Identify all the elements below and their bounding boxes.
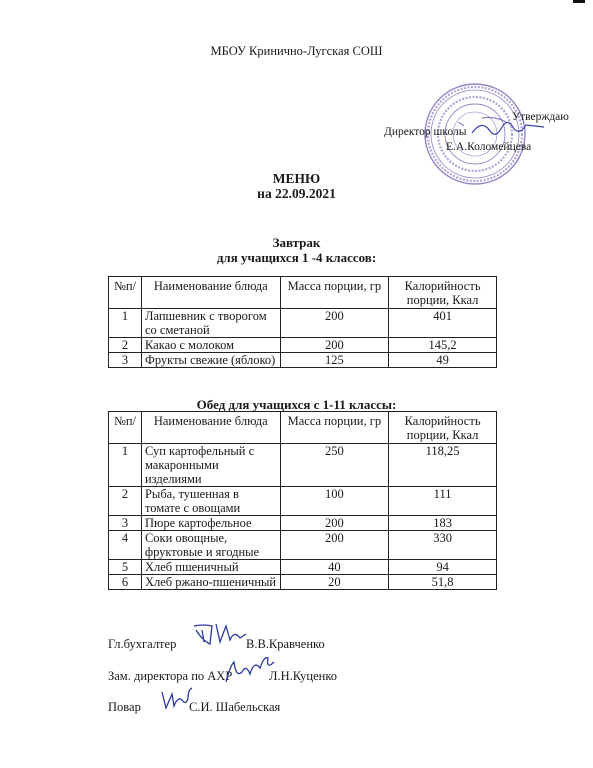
cell-dish: Какао с молоком bbox=[141, 338, 280, 353]
breakfast-subtitle: для учащихся 1 -4 классов: bbox=[0, 250, 593, 265]
cell-kcal: 401 bbox=[389, 309, 497, 338]
cell-mass: 200 bbox=[280, 338, 389, 353]
accountant-signature-icon bbox=[190, 620, 250, 650]
cell-mass: 200 bbox=[280, 531, 389, 560]
school-name: МБОУ Кринично-Лугская СОШ bbox=[0, 44, 593, 59]
signature-line-cook: Повар С.И. Шабельская bbox=[108, 700, 141, 715]
column-header-kcal: Калорийность порции, Ккал bbox=[389, 412, 497, 444]
column-header-dish: Наименование блюда bbox=[141, 277, 280, 309]
signature-name: В.В.Кравченко bbox=[246, 637, 325, 652]
column-header-mass: Масса порции, гр bbox=[280, 277, 389, 309]
cell-number: 4 bbox=[109, 531, 142, 560]
cell-dish: Рыба, тушенная в томате с овощами bbox=[141, 487, 280, 516]
cell-mass: 200 bbox=[280, 309, 389, 338]
table-header-row: №п/ Наименование блюда Масса порции, гр … bbox=[109, 277, 497, 309]
cell-kcal: 111 bbox=[389, 487, 497, 516]
column-header-mass: Масса порции, гр bbox=[280, 412, 389, 444]
cell-kcal: 145,2 bbox=[389, 338, 497, 353]
director-name: Е.А.Коломейцева bbox=[446, 141, 531, 154]
cell-kcal: 330 bbox=[389, 531, 497, 560]
cell-kcal: 94 bbox=[389, 560, 497, 575]
menu-date: на 22.09.2021 bbox=[0, 186, 593, 201]
table-row: 4Соки овощные, фруктовые и ягодные200330 bbox=[109, 531, 497, 560]
signature-role: Зам. директора по АХР bbox=[108, 669, 232, 683]
cell-dish: Соки овощные, фруктовые и ягодные bbox=[141, 531, 280, 560]
breakfast-rows: 1Лапшевник с творогом со сметаной2004012… bbox=[109, 309, 497, 368]
table-row: 3Пюре картофельное200183 bbox=[109, 516, 497, 531]
column-header-number: №п/ bbox=[109, 277, 142, 309]
signature-name: С.И. Шабельская bbox=[189, 700, 280, 715]
column-header-dish: Наименование блюда bbox=[141, 412, 280, 444]
menu-heading: МЕНЮ bbox=[0, 171, 593, 186]
cell-kcal: 183 bbox=[389, 516, 497, 531]
breakfast-table: №п/ Наименование блюда Масса порции, гр … bbox=[108, 276, 497, 368]
cell-number: 1 bbox=[109, 444, 142, 487]
cell-dish: Лапшевник с творогом со сметаной bbox=[141, 309, 280, 338]
table-row: 2Рыба, тушенная в томате с овощами100111 bbox=[109, 487, 497, 516]
table-row: 6Хлеб ржано-пшеничный2051,8 bbox=[109, 575, 497, 590]
cell-mass: 125 bbox=[280, 353, 389, 368]
breakfast-title-block: Завтрак для учащихся 1 -4 классов: bbox=[0, 235, 593, 265]
lunch-table: №п/ Наименование блюда Масса порции, гр … bbox=[108, 411, 497, 590]
signature-role: Повар bbox=[108, 700, 141, 714]
cell-dish: Фрукты свежие (яблоко) bbox=[141, 353, 280, 368]
menu-title: МЕНЮ на 22.09.2021 bbox=[0, 171, 593, 201]
table-row: 2Какао с молоком200145,2 bbox=[109, 338, 497, 353]
cell-mass: 40 bbox=[280, 560, 389, 575]
cell-kcal: 51,8 bbox=[389, 575, 497, 590]
cell-dish: Хлеб пшеничный bbox=[141, 560, 280, 575]
cell-dish: Хлеб ржано-пшеничный bbox=[141, 575, 280, 590]
cell-number: 3 bbox=[109, 353, 142, 368]
signature-role: Гл.бухгалтер bbox=[108, 637, 176, 651]
cell-number: 1 bbox=[109, 309, 142, 338]
cell-number: 6 bbox=[109, 575, 142, 590]
cell-number: 2 bbox=[109, 487, 142, 516]
cell-mass: 200 bbox=[280, 516, 389, 531]
breakfast-title: Завтрак bbox=[0, 235, 593, 250]
table-row: 5Хлеб пшеничный4094 bbox=[109, 560, 497, 575]
scan-mark bbox=[573, 0, 585, 3]
cell-number: 3 bbox=[109, 516, 142, 531]
cell-number: 5 bbox=[109, 560, 142, 575]
table-row: 3Фрукты свежие (яблоко)12549 bbox=[109, 353, 497, 368]
table-header-row: №п/ Наименование блюда Масса порции, гр … bbox=[109, 412, 497, 444]
signature-name: Л.Н.Куценко bbox=[269, 669, 337, 684]
cell-kcal: 49 bbox=[389, 353, 497, 368]
cell-mass: 20 bbox=[280, 575, 389, 590]
approved-label: Утверждаю bbox=[512, 111, 569, 124]
director-position: Директор школы bbox=[384, 126, 466, 139]
column-header-kcal: Калорийность порции, Ккал bbox=[389, 277, 497, 309]
cell-dish: Пюре картофельное bbox=[141, 516, 280, 531]
signature-line-accountant: Гл.бухгалтер В.В.Кравченко bbox=[108, 637, 176, 652]
table-row: 1Лапшевник с творогом со сметаной200401 bbox=[109, 309, 497, 338]
lunch-title: Обед для учащихся с 1-11 классы: bbox=[0, 397, 593, 412]
cell-mass: 100 bbox=[280, 487, 389, 516]
table-row: 1Суп картофельный с макаронными изделиям… bbox=[109, 444, 497, 487]
cell-kcal: 118,25 bbox=[389, 444, 497, 487]
cell-dish: Суп картофельный с макаронными изделиями bbox=[141, 444, 280, 487]
signature-line-deputy: Зам. директора по АХР Л.Н.Куценко bbox=[108, 669, 232, 684]
cell-mass: 250 bbox=[280, 444, 389, 487]
cell-number: 2 bbox=[109, 338, 142, 353]
column-header-number: №п/ bbox=[109, 412, 142, 444]
lunch-rows: 1Суп картофельный с макаронными изделиям… bbox=[109, 444, 497, 590]
